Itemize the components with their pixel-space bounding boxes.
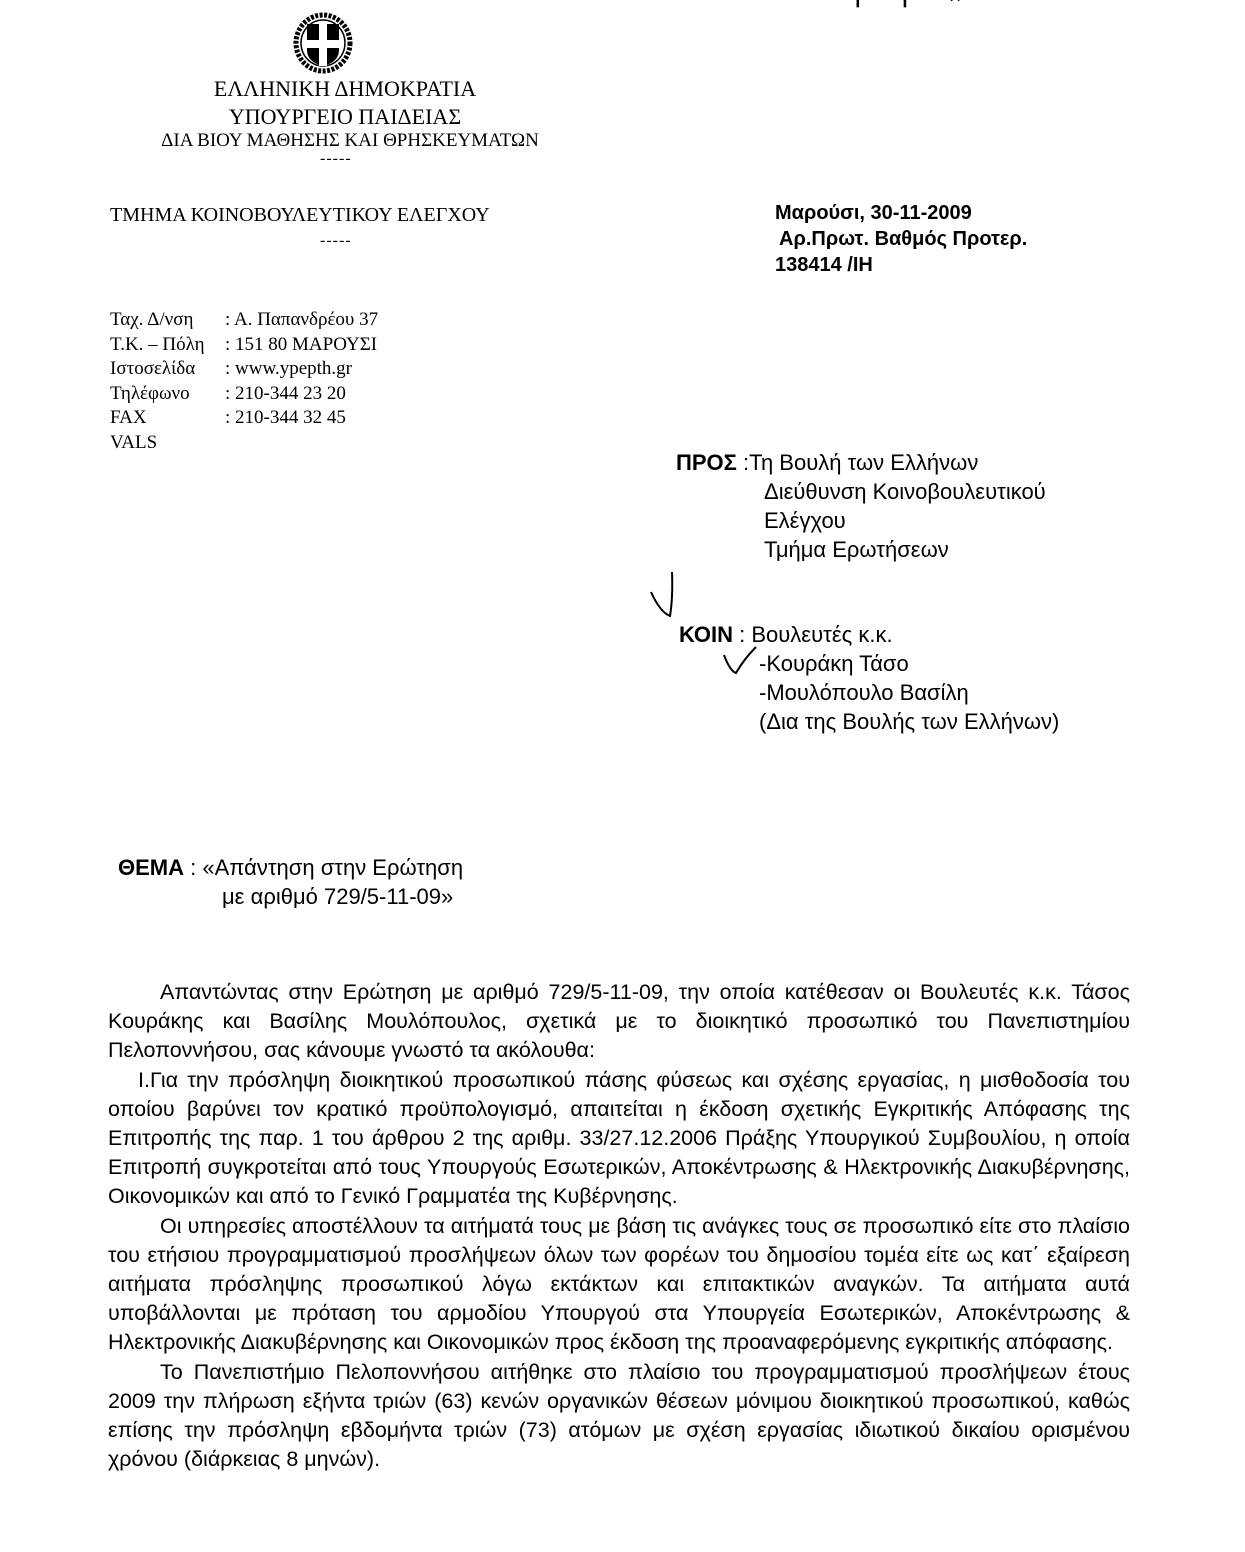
department-name: ΤΜΗΜΑ ΚΟΙΝΟΒΟΥΛΕΥΤΙΚΟΥ ΕΛΕΓΧΟΥ bbox=[110, 204, 490, 227]
greek-coat-of-arms-icon bbox=[293, 12, 353, 74]
contact-details: Ταχ. Δ/νση: Α. Παπανδρέου 37 Τ.Κ. – Πόλη… bbox=[110, 308, 378, 455]
recipient-label: ΠΡΟΣ bbox=[676, 450, 737, 475]
place-date: Μαρούσι, 30-11-2009 bbox=[775, 200, 1027, 226]
cc-line: (Δια της Βουλής των Ελλήνων) bbox=[679, 707, 1059, 736]
contact-label: Τηλέφωνο bbox=[110, 382, 225, 407]
handwritten-checkmark-icon bbox=[648, 568, 678, 620]
cc-label: ΚΟΙΝ bbox=[679, 622, 733, 647]
date-protocol-block: Μαρούσι, 30-11-2009 Αρ.Πρωτ. Βαθμός Προτ… bbox=[775, 200, 1027, 278]
recipient-line: Διεύθυνση Κοινοβουλευτικού bbox=[676, 477, 1046, 506]
top-cutoff-fragment: | | × bbox=[855, 0, 979, 9]
contact-value: : 210-344 32 45 bbox=[225, 406, 346, 431]
contact-row-vals: VALS bbox=[110, 431, 378, 456]
contact-label: Ιστοσελίδα bbox=[110, 357, 225, 382]
separator: ----- bbox=[320, 150, 352, 168]
subject-sep: : bbox=[184, 855, 202, 880]
recipient-line: Ελέγχου bbox=[676, 506, 1046, 535]
protocol-number: 138414 /ΙΗ bbox=[775, 252, 1027, 278]
contact-label: VALS bbox=[110, 431, 225, 456]
ministry-title: ΥΠΟΥΡΓΕΙΟ ΠΑΙΔΕΙΑΣ bbox=[140, 104, 550, 130]
ministry-subtitle: ΔΙΑ ΒΙΟΥ ΜΑΘΗΣΗΣ ΚΑΙ ΘΡΗΣΚΕΥΜΑΤΩΝ bbox=[110, 130, 590, 152]
body-paragraph: Το Πανεπιστήμιο Πελοποννήσου αιτήθηκε στ… bbox=[108, 1358, 1130, 1475]
contact-row-phone: Τηλέφωνο: 210-344 23 20 bbox=[110, 382, 378, 407]
contact-label: FAX bbox=[110, 406, 225, 431]
contact-row-fax: FAX: 210-344 32 45 bbox=[110, 406, 378, 431]
contact-label: Ταχ. Δ/νση bbox=[110, 308, 225, 333]
subject-block: ΘΕΜΑ : «Απάντηση στην Ερώτηση με αριθμό … bbox=[118, 853, 463, 911]
contact-row-city: Τ.Κ. – Πόλη: 151 80 ΜΑΡΟΥΣΙ bbox=[110, 333, 378, 358]
body-paragraph: Απαντώντας στην Ερώτηση με αριθμό 729/5-… bbox=[108, 978, 1130, 1066]
contact-row-address: Ταχ. Δ/νση: Α. Παπανδρέου 37 bbox=[110, 308, 378, 333]
body-paragraph: Οι υπηρεσίες αποστέλλουν τα αιτήματά του… bbox=[108, 1212, 1130, 1358]
contact-value: : Α. Παπανδρέου 37 bbox=[225, 308, 378, 333]
recipient-sep: : bbox=[737, 450, 749, 475]
contact-label: Τ.Κ. – Πόλη bbox=[110, 333, 225, 358]
protocol-label: Αρ.Πρωτ. Βαθμός Προτερ. bbox=[775, 226, 1027, 252]
contact-value: : 210-344 23 20 bbox=[225, 382, 346, 407]
contact-row-website: Ιστοσελίδα: www.ypepth.gr bbox=[110, 357, 378, 382]
recipient-block: ΠΡΟΣ :Τη Βουλή των Ελλήνων Διεύθυνση Κοι… bbox=[676, 448, 1046, 564]
contact-value: : www.ypepth.gr bbox=[225, 357, 352, 382]
letter-body: Απαντώντας στην Ερώτηση με αριθμό 729/5-… bbox=[108, 978, 1130, 1474]
subject-line: με αριθμό 729/5-11-09» bbox=[118, 882, 463, 911]
recipient-line: Τμήμα Ερωτήσεων bbox=[676, 535, 1046, 564]
cc-line: -Κουράκη Τάσο bbox=[679, 649, 1059, 678]
body-paragraph: Ι.Για την πρόσληψη διοικητικού προσωπικο… bbox=[108, 1066, 1130, 1212]
cc-line: -Μουλόπουλο Βασίλη bbox=[679, 678, 1059, 707]
separator: ----- bbox=[320, 232, 352, 250]
cc-block: ΚΟΙΝ : Βουλευτές κ.κ. -Κουράκη Τάσο -Μου… bbox=[679, 620, 1059, 736]
contact-value: : 151 80 ΜΑΡΟΥΣΙ bbox=[225, 333, 377, 358]
subject-label: ΘΕΜΑ bbox=[118, 855, 184, 880]
subject-line: «Απάντηση στην Ερώτηση bbox=[202, 855, 463, 880]
recipient-line: Τη Βουλή των Ελλήνων bbox=[749, 450, 978, 475]
cc-line: Βουλευτές κ.κ. bbox=[751, 622, 892, 647]
republic-title: ΕΛΛΗΝΙΚΗ ΔΗΜΟΚΡΑΤΙΑ bbox=[140, 76, 550, 102]
cc-sep: : bbox=[733, 622, 751, 647]
